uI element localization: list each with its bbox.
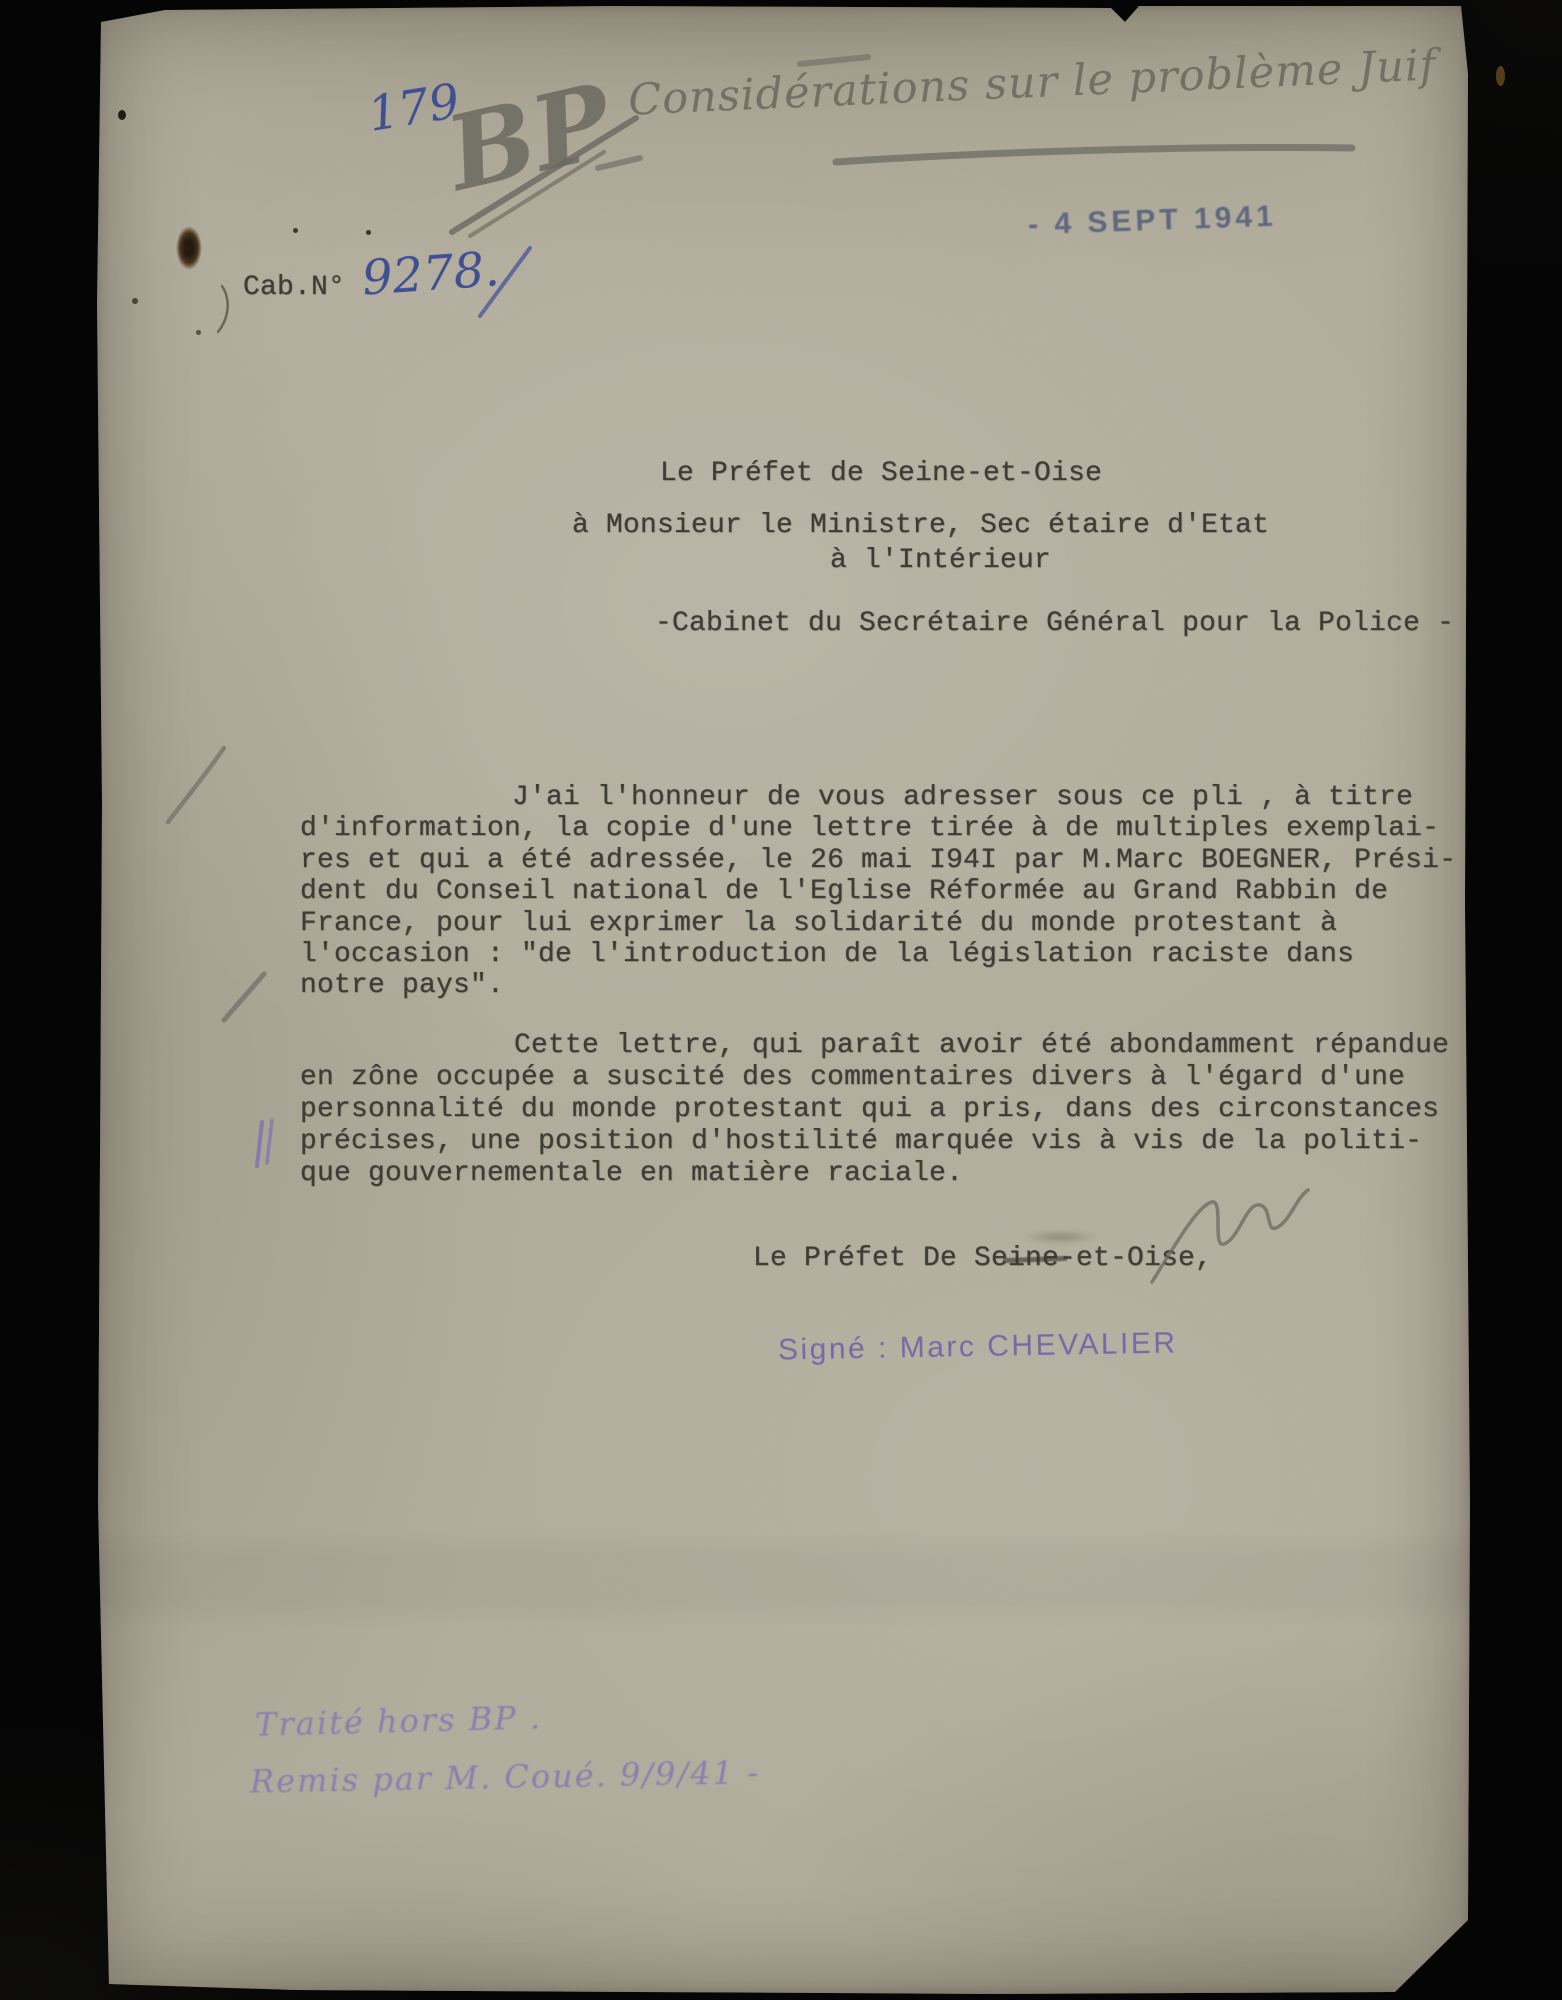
cabinet-reference-number-handwritten: 9278. xyxy=(360,241,501,306)
body-line: personnalité du monde protestant qui a p… xyxy=(300,1094,1449,1126)
body-line: précises, une position d'hostilité marqu… xyxy=(300,1126,1449,1158)
body-paragraph-2: Cette lettre, qui paraît avoir été abond… xyxy=(300,1030,1449,1190)
body-line: J'ai l'honneur de vous adresser sous ce … xyxy=(300,782,1456,813)
body-paragraph-1: J'ai l'honneur de vous adresser sous ce … xyxy=(300,782,1456,1002)
body-line: que gouvernementale en matière raciale. xyxy=(300,1158,1449,1190)
signature-stamp: Signé : Marc CHEVALIER xyxy=(778,1327,1178,1368)
body-line: Cette lettre, qui paraît avoir été abond… xyxy=(300,1030,1449,1062)
paper-spot xyxy=(196,330,201,335)
body-line: France, pour lui exprimer la solidarité … xyxy=(300,908,1456,939)
ink-smudge xyxy=(1008,1228,1113,1246)
closing-line: Le Préfet De Seine-et-Oise, xyxy=(753,1243,1212,1274)
processing-note-line-1: Traité hors BP . xyxy=(255,1698,543,1744)
fold-shadow xyxy=(95,1544,1472,1614)
paper-spot xyxy=(1496,66,1505,86)
body-line: notre pays". xyxy=(300,970,1456,1001)
sender-line: Le Préfet de Seine-et-Oise xyxy=(660,458,1102,489)
body-line: dent du Conseil national de l'Eglise Réf… xyxy=(300,876,1456,907)
body-line: en zône occupée a suscité des commentair… xyxy=(300,1062,1449,1094)
recipient-line-1: à Monsieur le Ministre, Sec étaire d'Eta… xyxy=(572,510,1269,541)
scan-background: 179 BP Considérations sur le problème Ju… xyxy=(0,0,1562,2000)
recipient-line-2: à l'Intérieur xyxy=(830,545,1051,576)
paper-spot xyxy=(293,228,298,233)
cabinet-reference-label: Cab.N° xyxy=(243,272,345,303)
paper-burn-spot xyxy=(176,226,202,270)
paper-spot xyxy=(366,230,371,235)
body-line: l'occasion : "de l'introduction de la lé… xyxy=(300,939,1456,970)
body-line: res et qui a été adressée, le 26 mai I94… xyxy=(300,845,1456,876)
paper-spot xyxy=(118,110,126,120)
body-line: d'information, la copie d'une lettre tir… xyxy=(300,813,1456,844)
paper-spot xyxy=(132,298,138,304)
department-line: -Cabinet du Secrétaire Général pour la P… xyxy=(655,608,1454,639)
